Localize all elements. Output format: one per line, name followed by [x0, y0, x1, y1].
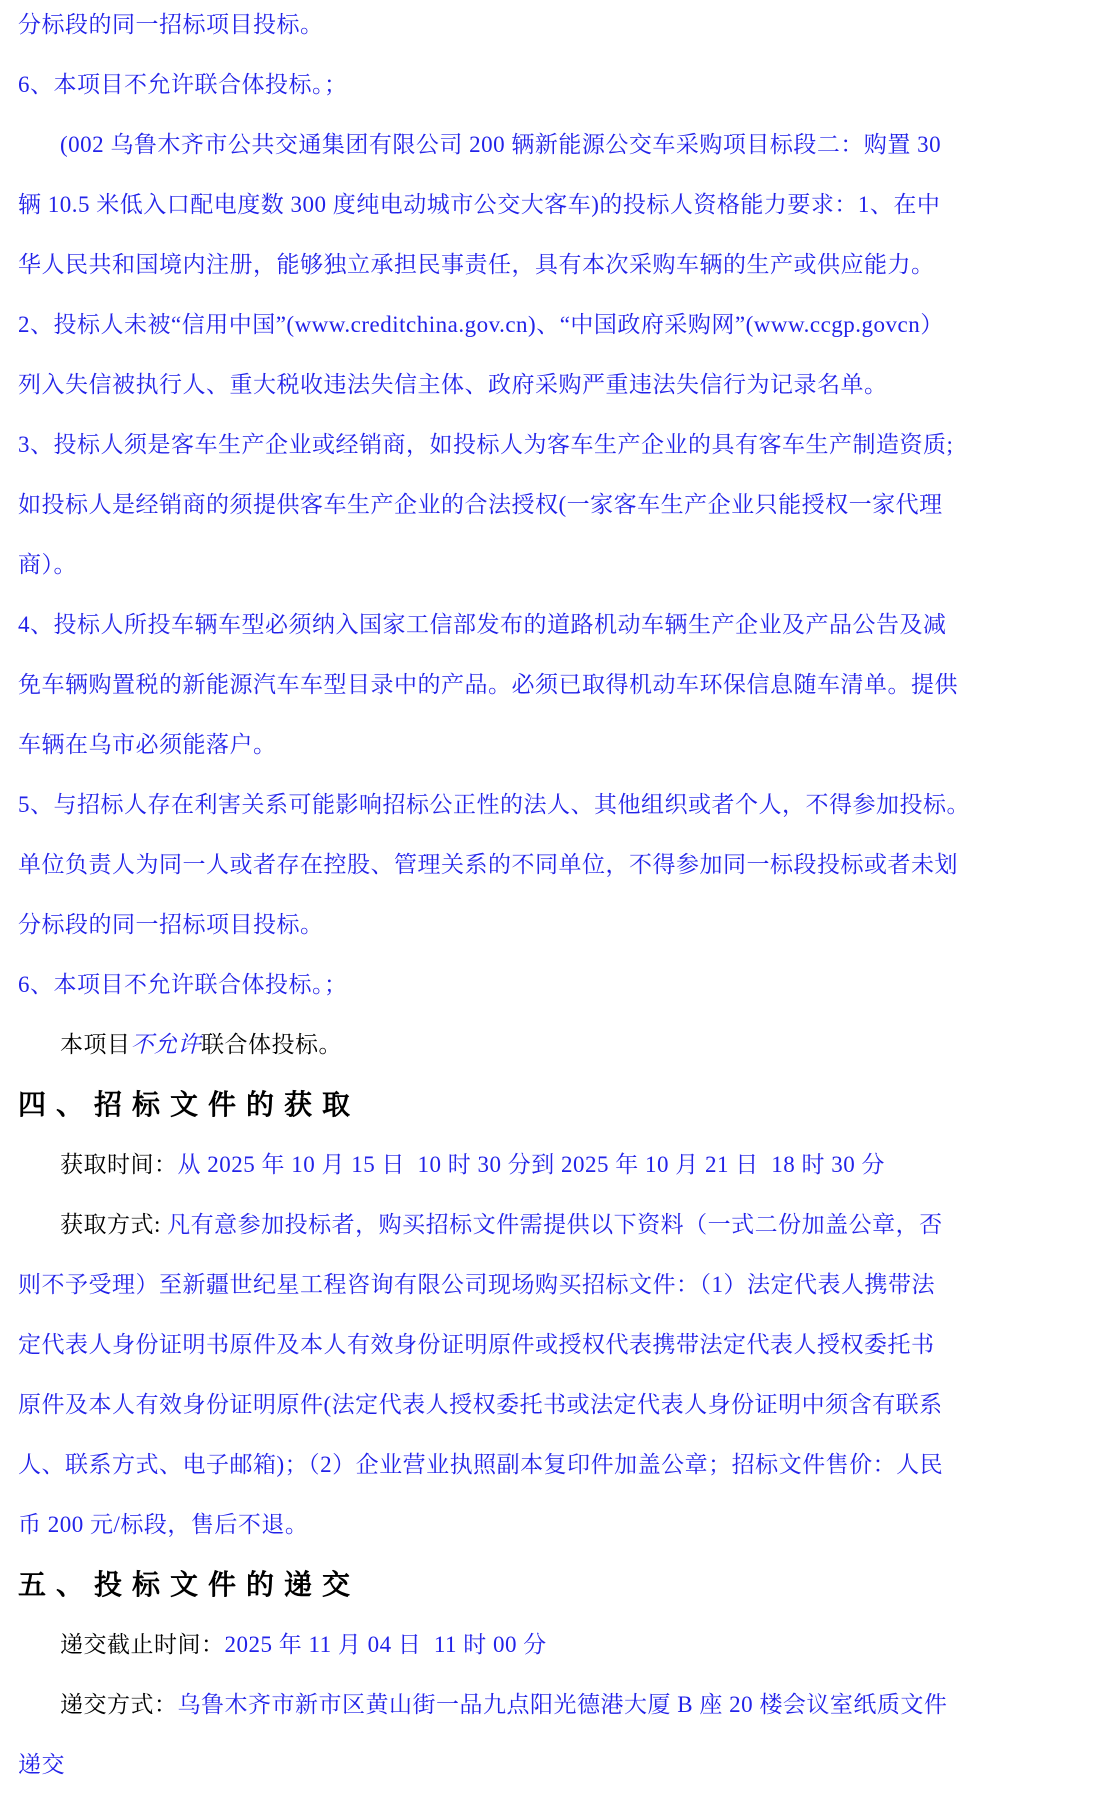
- doc-line: 商）。: [18, 535, 1080, 595]
- doc-line: 则不予受理）至新疆世纪星工程咨询有限公司现场购买招标文件：（1）法定代表人携带法: [18, 1255, 1080, 1315]
- text-segment: 获取方式:: [60, 1212, 167, 1237]
- doc-line: 6、本项目不允许联合体投标。；: [18, 955, 1080, 1015]
- text-segment: 车辆在乌市必须能落户。: [18, 732, 277, 757]
- text-segment: 定代表人身份证明书原件及本人有效身份证明原件或授权代表携带法定代表人授权委托书: [18, 1332, 935, 1357]
- doc-line: 免车辆购置税的新能源汽车车型目录中的产品。必须已取得机动车环保信息随车清单。提供: [18, 655, 1080, 715]
- text-segment: (002 乌鲁木齐市公共交通集团有限公司 200 辆新能源公交车采购项目标段二：…: [60, 132, 941, 157]
- text-segment: 分标段的同一招标项目投标。: [18, 12, 324, 37]
- text-segment: 原件及本人有效身份证明原件(法定代表人授权委托书或法定代表人身份证明中须含有联系: [18, 1392, 943, 1417]
- doc-line: 列入失信被执行人、重大税收违法失信主体、政府采购严重违法失信行为记录名单。: [18, 355, 1080, 415]
- doc-line: 递交方式：乌鲁木齐市新市区黄山街一品九点阳光德港大厦 B 座 20 楼会议室纸质…: [18, 1675, 1080, 1735]
- document-page: 分标段的同一招标项目投标。6、本项目不允许联合体投标。；(002 乌鲁木齐市公共…: [0, 0, 1098, 1789]
- text-segment: 单位负责人为同一人或者存在控股、管理关系的不同单位，不得参加同一标段投标或者未划: [18, 852, 958, 877]
- doc-line: 获取时间：从 2025 年 10 月 15 日 10 时 30 分到 2025 …: [18, 1135, 1080, 1195]
- text-segment: 递交方式：: [60, 1692, 178, 1717]
- doc-line: 2、投标人未被“信用中国”(www.creditchina.gov.cn)、“中…: [18, 295, 1080, 355]
- doc-line: 分标段的同一招标项目投标。: [18, 0, 1080, 55]
- text-segment: 商）。: [18, 552, 77, 577]
- doc-line: 原件及本人有效身份证明原件(法定代表人授权委托书或法定代表人身份证明中须含有联系: [18, 1375, 1080, 1435]
- text-segment: 6、本项目不允许联合体投标。；: [18, 72, 348, 97]
- text-segment: 辆 10.5 米低入口配电度数 300 度纯电动城市公交大客车)的投标人资格能力…: [18, 192, 940, 217]
- text-segment: 2025 年 11 月 04 日 11 时 00 分: [225, 1632, 547, 1657]
- text-segment: 联合体投标。: [201, 1032, 342, 1057]
- doc-line: 如投标人是经销商的须提供客车生产企业的合法授权(一家客车生产企业只能授权一家代理: [18, 475, 1080, 535]
- doc-line: 递交: [18, 1735, 1080, 1794]
- text-segment: 币 200 元/标段，售后不退。: [18, 1512, 308, 1537]
- text-segment: 凡有意参加投标者，购买招标文件需提供以下资料（一式二份加盖公章，否: [167, 1212, 943, 1237]
- text-segment: 本项目: [60, 1032, 131, 1057]
- text-segment: 免车辆购置税的新能源汽车车型目录中的产品。必须已取得机动车环保信息随车清单。提供: [18, 672, 958, 697]
- doc-line: 车辆在乌市必须能落户。: [18, 715, 1080, 775]
- doc-line: 人、联系方式、电子邮箱)；（2）企业营业执照副本复印件加盖公章；招标文件售价：人…: [18, 1435, 1080, 1495]
- text-segment: 如投标人是经销商的须提供客车生产企业的合法授权(一家客车生产企业只能授权一家代理: [18, 492, 943, 517]
- text-segment: 获取时间：: [60, 1152, 178, 1177]
- doc-line: 获取方式: 凡有意参加投标者，购买招标文件需提供以下资料（一式二份加盖公章，否: [18, 1195, 1080, 1255]
- doc-line: 币 200 元/标段，售后不退。: [18, 1495, 1080, 1555]
- doc-line: 递交截止时间：2025 年 11 月 04 日 11 时 00 分: [18, 1615, 1080, 1675]
- doc-line: 3、投标人须是客车生产企业或经销商，如投标人为客车生产企业的具有客车生产制造资质…: [18, 415, 1080, 475]
- text-segment: 3、投标人须是客车生产企业或经销商，如投标人为客车生产企业的具有客车生产制造资质…: [18, 432, 953, 457]
- text-segment: 人、联系方式、电子邮箱)；（2）企业营业执照副本复印件加盖公章；招标文件售价：人…: [18, 1452, 943, 1477]
- doc-line: 辆 10.5 米低入口配电度数 300 度纯电动城市公交大客车)的投标人资格能力…: [18, 175, 1080, 235]
- text-segment: 递交截止时间：: [60, 1632, 225, 1657]
- section-heading: 四、招标文件的获取: [18, 1075, 1080, 1135]
- doc-line: 4、投标人所投车辆车型必须纳入国家工信部发布的道路机动车辆生产企业及产品公告及减: [18, 595, 1080, 655]
- text-segment: 6、本项目不允许联合体投标。；: [18, 972, 348, 997]
- doc-line: (002 乌鲁木齐市公共交通集团有限公司 200 辆新能源公交车采购项目标段二：…: [18, 115, 1080, 175]
- text-segment: 则不予受理）至新疆世纪星工程咨询有限公司现场购买招标文件：（1）法定代表人携带法: [18, 1272, 935, 1297]
- doc-line: 定代表人身份证明书原件及本人有效身份证明原件或授权代表携带法定代表人授权委托书: [18, 1315, 1080, 1375]
- text-segment: 列入失信被执行人、重大税收违法失信主体、政府采购严重违法失信行为记录名单。: [18, 372, 888, 397]
- text-segment: 5、与招标人存在利害关系可能影响招标公正性的法人、其他组织或者个人，不得参加投标…: [18, 792, 970, 817]
- doc-line: 华人民共和国境内注册，能够独立承担民事责任，具有本次采购车辆的生产或供应能力。: [18, 235, 1080, 295]
- text-segment: 分标段的同一招标项目投标。: [18, 912, 324, 937]
- text-segment: 不允许: [131, 1032, 202, 1057]
- text-segment: 乌鲁木齐市新市区黄山街一品九点阳光德港大厦 B 座 20 楼会议室纸质文件: [178, 1692, 948, 1717]
- text-segment: 从 2025 年 10 月 15 日 10 时 30 分到 2025 年 10 …: [178, 1152, 886, 1177]
- section-heading: 五、投标文件的递交: [18, 1555, 1080, 1615]
- doc-line: 分标段的同一招标项目投标。: [18, 895, 1080, 955]
- doc-line: 本项目不允许联合体投标。: [18, 1015, 1080, 1075]
- text-segment: 华人民共和国境内注册，能够独立承担民事责任，具有本次采购车辆的生产或供应能力。: [18, 252, 935, 277]
- text-segment: 4、投标人所投车辆车型必须纳入国家工信部发布的道路机动车辆生产企业及产品公告及减: [18, 612, 947, 637]
- text-segment: 四、招标文件的获取: [18, 1089, 360, 1120]
- text-segment: 2、投标人未被“信用中国”(www.creditchina.gov.cn)、“中…: [18, 312, 944, 337]
- doc-line: 5、与招标人存在利害关系可能影响招标公正性的法人、其他组织或者个人，不得参加投标…: [18, 775, 1080, 835]
- text-segment: 递交: [18, 1752, 65, 1777]
- doc-line: 6、本项目不允许联合体投标。；: [18, 55, 1080, 115]
- doc-line: 单位负责人为同一人或者存在控股、管理关系的不同单位，不得参加同一标段投标或者未划: [18, 835, 1080, 895]
- text-segment: 五、投标文件的递交: [18, 1569, 360, 1600]
